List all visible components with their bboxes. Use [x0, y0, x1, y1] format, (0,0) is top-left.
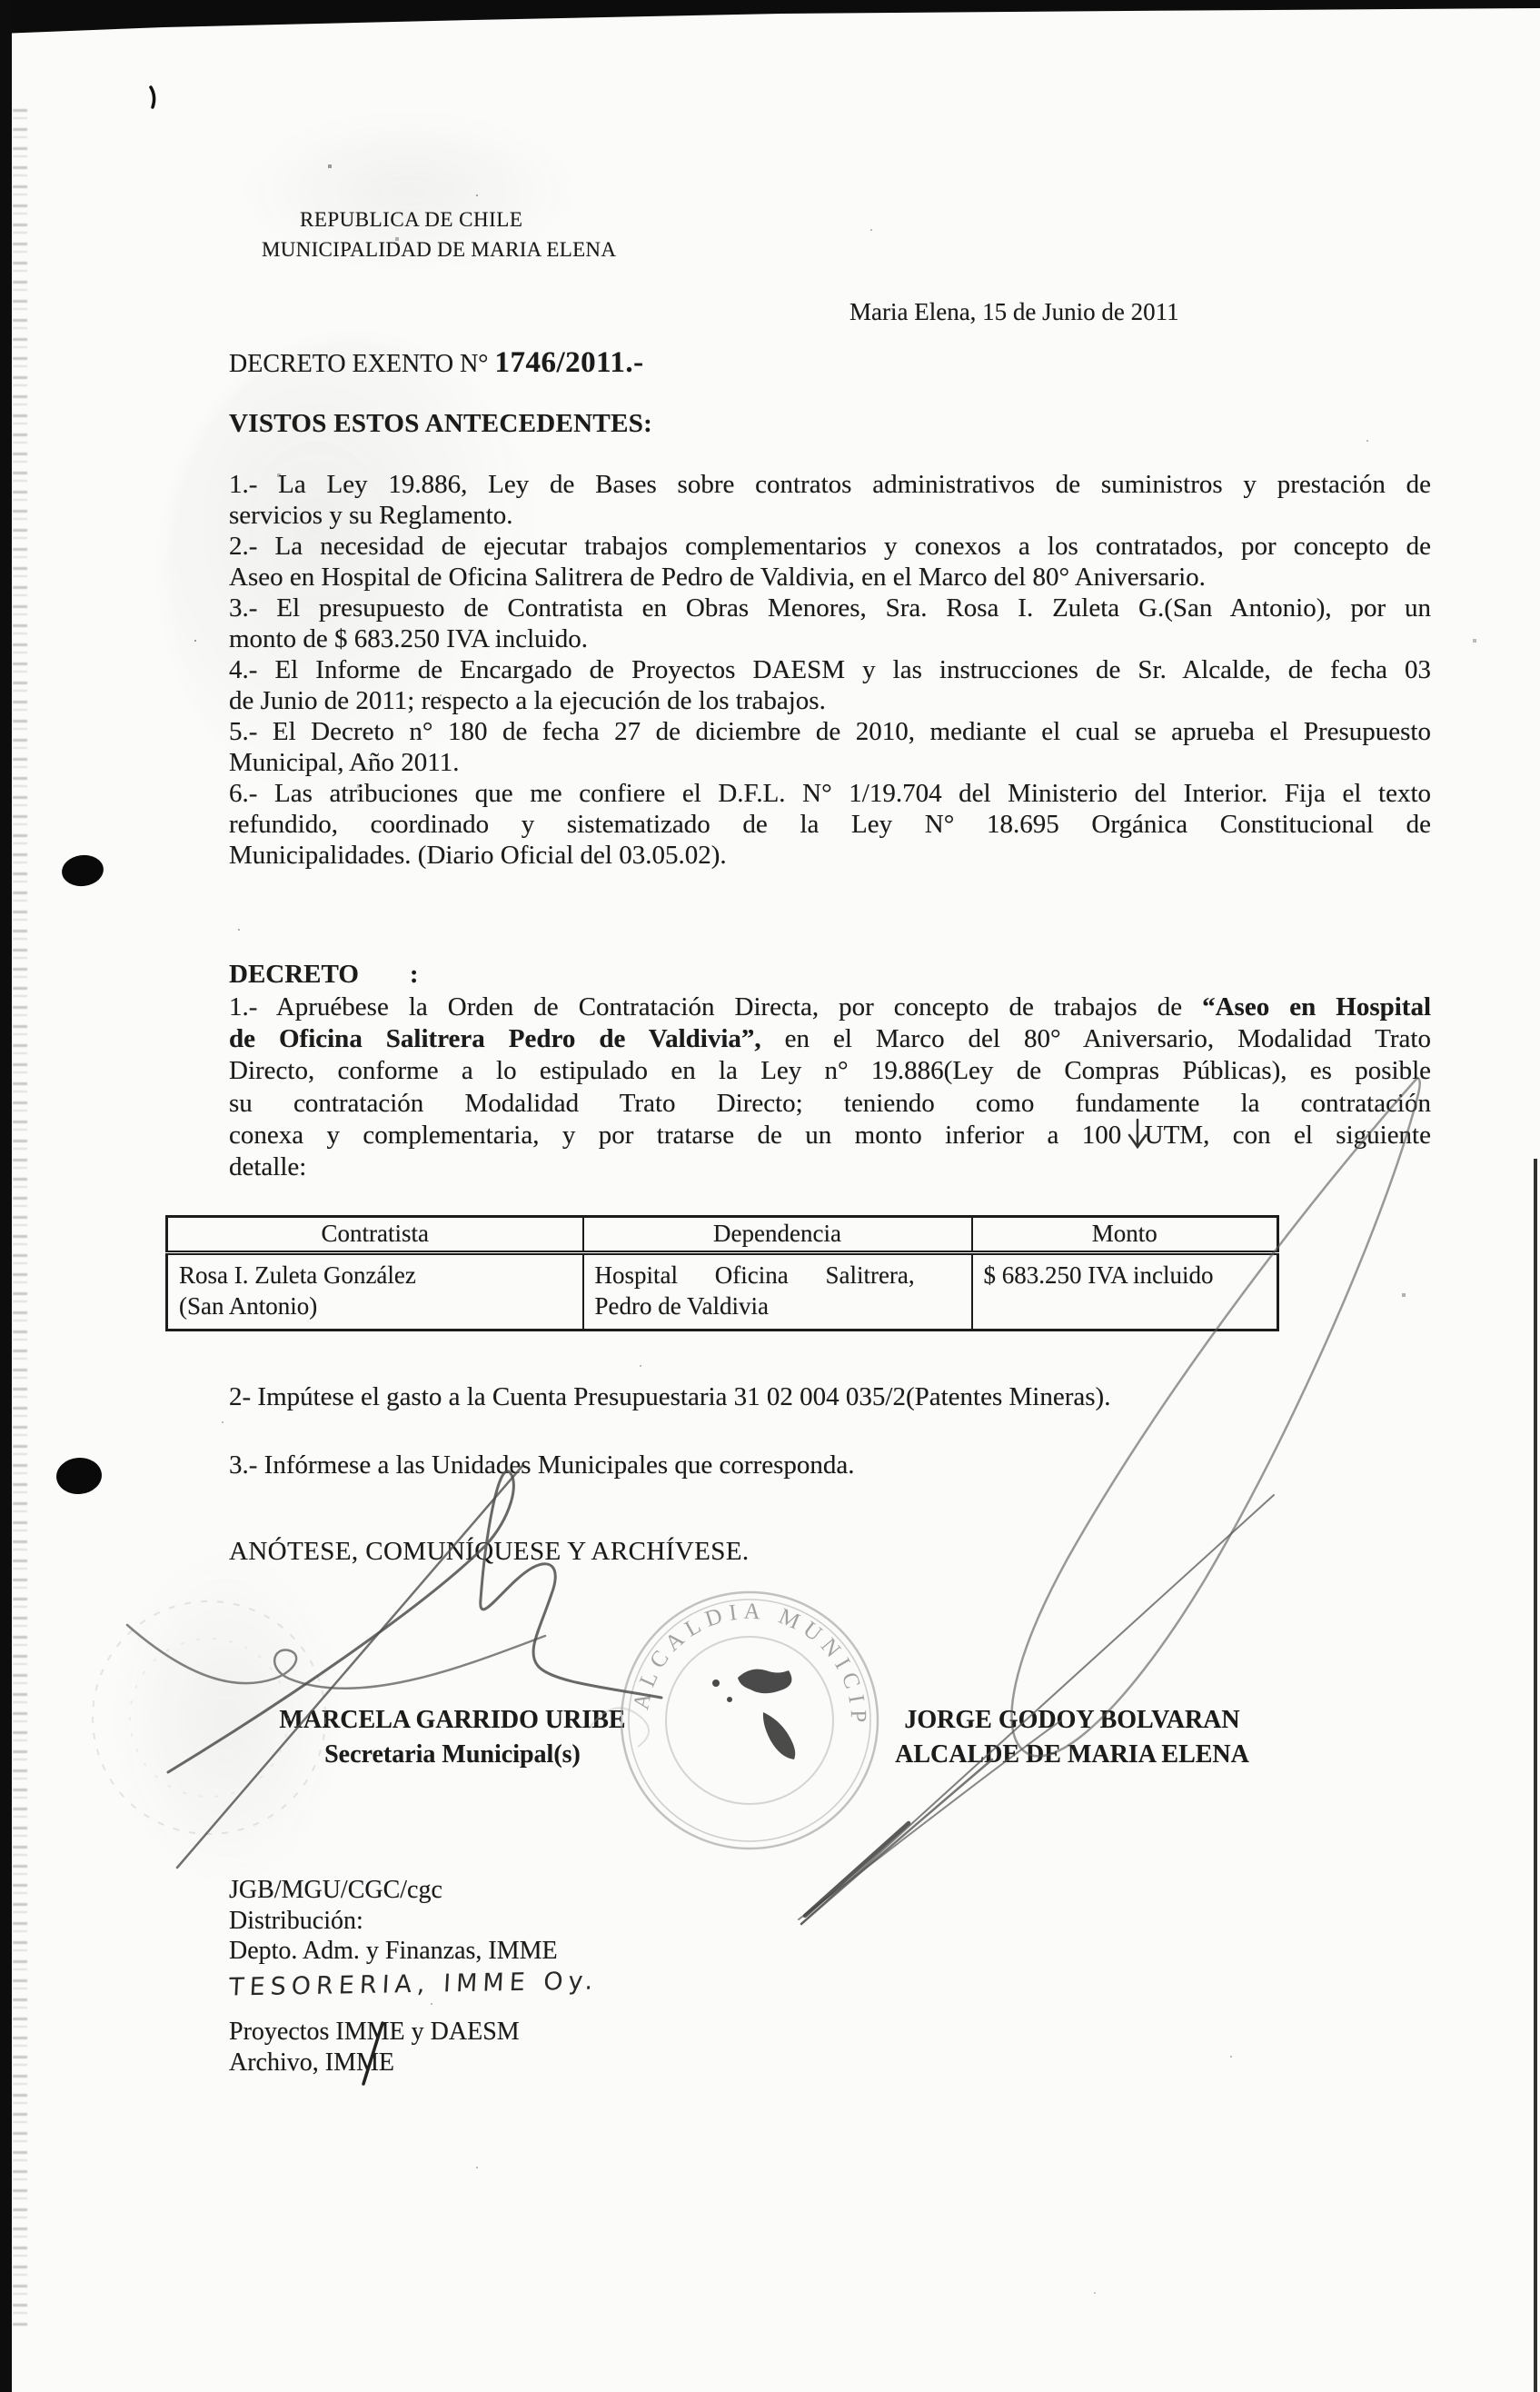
vistos-line: monto de $ 683.250 IVA incluido. [229, 623, 1431, 654]
signature-left-title: Secretaria Municipal(s) [243, 1738, 661, 1772]
scan-edge-right [1534, 1159, 1537, 2392]
decreto-line: detalle: [229, 1151, 1431, 1183]
decreto-paragraph: 1.- Apruébese la Orden de Contratación D… [229, 992, 1431, 1183]
letterhead-municipality: MUNICIPALIDAD DE MARIA ELENA [262, 238, 616, 262]
dependencia-line1: Hospital Oficina Salitrera, [595, 1260, 960, 1291]
table-row: Rosa I. Zuleta González (San Antonio) Ho… [167, 1253, 1278, 1331]
footer-handwritten-tesoreria: TESORERIA, IMME Oy. [228, 1967, 599, 2001]
table-header-monto: Monto [972, 1217, 1278, 1253]
decreto-line: 1.- Apruébese la Orden de Contratación D… [229, 992, 1431, 1023]
vistos-line: Municipalidades. (Diario Oficial del 03.… [229, 840, 1431, 871]
municipal-stamp: ALCALDIA MUNICIPAL [0, 0, 878, 1849]
contratista-city: (San Antonio) [179, 1291, 571, 1321]
vistos-line: 3.- El presupuesto de Contratista en Obr… [229, 593, 1431, 623]
signature-right-name: JORGE GODOY BOLVARAN [840, 1703, 1304, 1738]
signature-strokes-alcalde [799, 1078, 1420, 1924]
vistos-line: servicios y su Reglamento. [229, 500, 1431, 531]
signature-left-name: MARCELA GARRIDO URIBE [243, 1703, 661, 1738]
decreto-line-bold: “Aseo en Hospital [1202, 992, 1431, 1022]
decreto-line: Directo, conforme a lo estipulado en la … [229, 1055, 1431, 1087]
vistos-line: 2.- La necesidad de ejecutar trabajos co… [229, 531, 1431, 562]
contratista-name: Rosa I. Zuleta González [179, 1260, 571, 1291]
decreto-line-text: en el Marco del 80° Aniversario, Modalid… [761, 1024, 1431, 1053]
vistos-line: 6.- Las atribuciones que me confiere el … [229, 778, 1431, 809]
scan-edge-left [0, 0, 12, 2392]
dateline: Maria Elena, 15 de Junio de 2011 [849, 298, 1179, 326]
table-header-contratista: Contratista [167, 1217, 583, 1253]
dependencia-line2: Pedro de Valdivia [595, 1291, 960, 1321]
scanned-decree-page: REPUBLICA DE CHILE MUNICIPALIDAD DE MARI… [0, 0, 1540, 2392]
hole-punch-top [60, 852, 105, 888]
clause-2: 2- Impútese el gasto a la Cuenta Presupu… [229, 1382, 1110, 1412]
decreto-line-text: 1.- Apruébese la Orden de Contratación D… [229, 992, 1202, 1022]
stray-apostrophe-mark [151, 87, 154, 107]
decreto-line: de Oficina Salitrera Pedro de Valdivia”,… [229, 1023, 1431, 1055]
cell-monto: $ 683.250 IVA incluido [972, 1253, 1278, 1331]
decreto-line: su contratación Modalidad Trato Directo;… [229, 1088, 1431, 1120]
scan-edge-top [0, 0, 1540, 36]
vistos-line: 5.- El Decreto n° 180 de fecha 27 de dic… [229, 716, 1431, 747]
table-header-row: Contratista Dependencia Monto [167, 1217, 1278, 1253]
vistos-line: 1.- La Ley 19.886, Ley de Bases sobre co… [229, 469, 1431, 500]
footer-dist-finanzas: Depto. Adm. y Finanzas, IMME [229, 1937, 558, 1966]
signature-block-alcalde: JORGE GODOY BOLVARAN ALCALDE DE MARIA EL… [840, 1703, 1304, 1772]
table-header-dependencia: Dependencia [583, 1217, 972, 1253]
contract-table: Contratista Dependencia Monto Rosa I. Zu… [165, 1215, 1279, 1331]
footer-initials: JGB/MGU/CGC/cgc [229, 1876, 442, 1905]
hole-punch-bottom [55, 1456, 103, 1496]
vistos-line: de Junio de 2011; respecto a la ejecució… [229, 685, 1431, 716]
decreto-title-word: DECRETO [229, 960, 359, 989]
footer-dist-proyectos: Proyectos IMME y DAESM [229, 2018, 520, 2047]
vistos-title: VISTOS ESTOS ANTECEDENTES: [229, 409, 652, 439]
decreto-title: DECRETO: [229, 960, 419, 990]
letterhead-country: REPUBLICA DE CHILE [300, 208, 522, 232]
decree-label: DECRETO EXENTO N° [229, 350, 488, 378]
clause-3: 3.- Infórmese a las Unidades Municipales… [229, 1450, 855, 1480]
vistos-block: 1.- La Ley 19.886, Ley de Bases sobre co… [229, 469, 1431, 871]
decree-number: 1746/2011.- [494, 346, 643, 379]
vistos-line: 4.- El Informe de Encargado de Proyectos… [229, 654, 1431, 685]
closing-line: ANÓTESE, COMUNÍQUESE Y ARCHÍVESE. [229, 1537, 750, 1567]
vistos-line: Aseo en Hospital de Oficina Salitrera de… [229, 562, 1431, 593]
signature-right-title: ALCALDE DE MARIA ELENA [840, 1738, 1304, 1772]
vistos-line: refundido, coordinado y sistematizado de… [229, 809, 1431, 840]
scan-edge-left-noise [13, 109, 27, 2327]
signature-block-secretaria: MARCELA GARRIDO URIBE Secretaria Municip… [243, 1703, 661, 1772]
footer-dist-label: Distribución: [229, 1907, 363, 1936]
stamp-ink-smudge [712, 1669, 795, 1759]
decreto-line: conexa y complementaria, y por tratarse … [229, 1120, 1431, 1151]
decreto-title-colon: : [410, 960, 419, 989]
cell-dependencia: Hospital Oficina Salitrera, Pedro de Val… [583, 1253, 972, 1331]
decree-number-line: DECRETO EXENTO N° 1746/2011.- [229, 346, 644, 380]
monto-value: $ 683.250 IVA incluido [984, 1260, 1267, 1291]
cell-contratista: Rosa I. Zuleta González (San Antonio) [167, 1253, 583, 1331]
footer-dist-archivo: Archivo, IMME [229, 2048, 394, 2078]
decreto-line-bold: de Oficina Salitrera Pedro de Valdivia”, [229, 1024, 761, 1053]
vistos-line: Municipal, Año 2011. [229, 747, 1431, 778]
